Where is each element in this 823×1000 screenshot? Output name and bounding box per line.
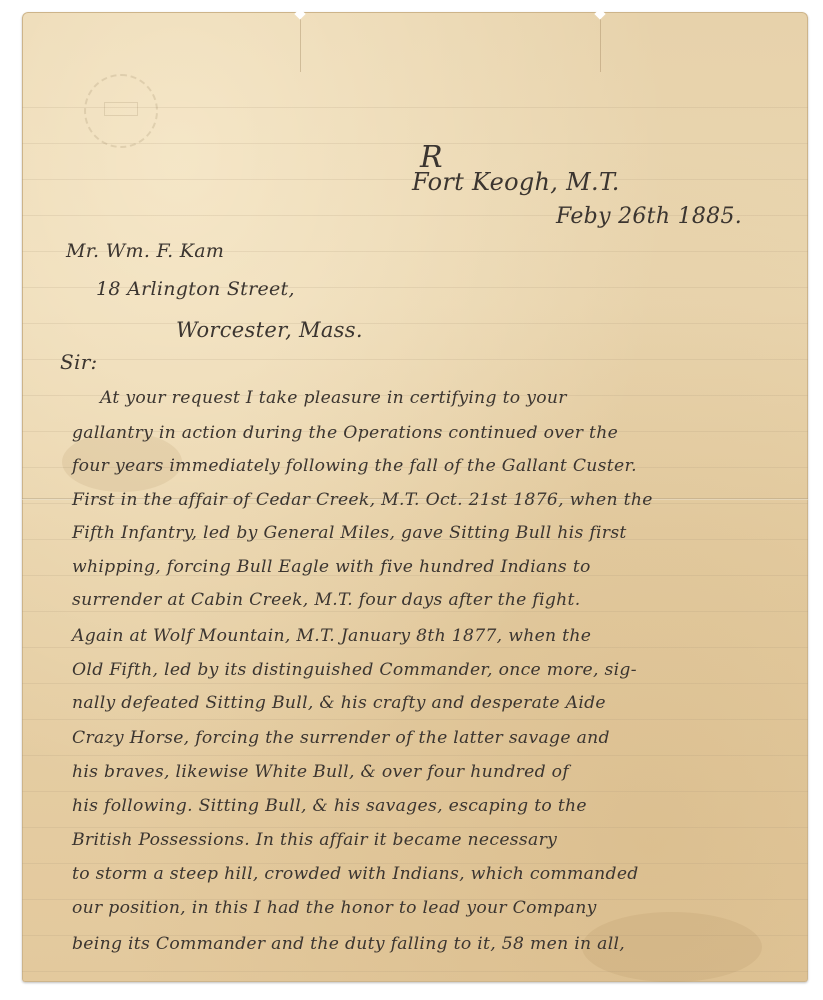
body-line: four years immediately following the fal…: [72, 456, 637, 476]
body-line: to storm a steep hill, crowded with Indi…: [72, 864, 639, 884]
body-line: whipping, forcing Bull Eagle with five h…: [72, 557, 591, 577]
paper-notch: [594, 8, 605, 19]
body-line: his following. Sitting Bull, & his savag…: [72, 796, 587, 816]
recipient-name: Mr. Wm. F. Kam: [66, 240, 224, 262]
body-line: his braves, likewise White Bull, & over …: [72, 762, 569, 782]
body-line: nally defeated Sitting Bull, & his craft…: [72, 693, 606, 713]
letter-place: Fort Keogh, M.T.: [412, 168, 620, 196]
body-line: surrender at Cabin Creek, M.T. four days…: [72, 590, 581, 610]
vertical-fold-left: [300, 12, 301, 72]
body-line: At your request I take pleasure in certi…: [100, 388, 567, 408]
body-line: First in the affair of Cedar Creek, M.T.…: [72, 490, 653, 510]
body-line: gallantry in action during the Operation…: [72, 423, 618, 443]
body-line: Fifth Infantry, led by General Miles, ga…: [72, 523, 627, 543]
body-line: our position, in this I had the honor to…: [72, 898, 597, 918]
recipient-street: 18 Arlington Street,: [96, 278, 295, 300]
salutation: Sir:: [60, 350, 98, 374]
body-line: being its Commander and the duty falling…: [72, 934, 625, 954]
body-line: Crazy Horse, forcing the surrender of th…: [72, 728, 610, 748]
body-line: British Possessions. In this affair it b…: [72, 830, 557, 850]
paper-notch: [294, 8, 305, 19]
body-line: Old Fifth, led by its distinguished Comm…: [72, 660, 637, 680]
recipient-city: Worcester, Mass.: [176, 318, 363, 342]
embossed-stamp-icon: [84, 74, 158, 148]
vertical-fold-right: [600, 12, 601, 72]
letter-date: Feby 26th 1885.: [556, 204, 742, 229]
body-line: Again at Wolf Mountain, M.T. January 8th…: [72, 626, 591, 646]
